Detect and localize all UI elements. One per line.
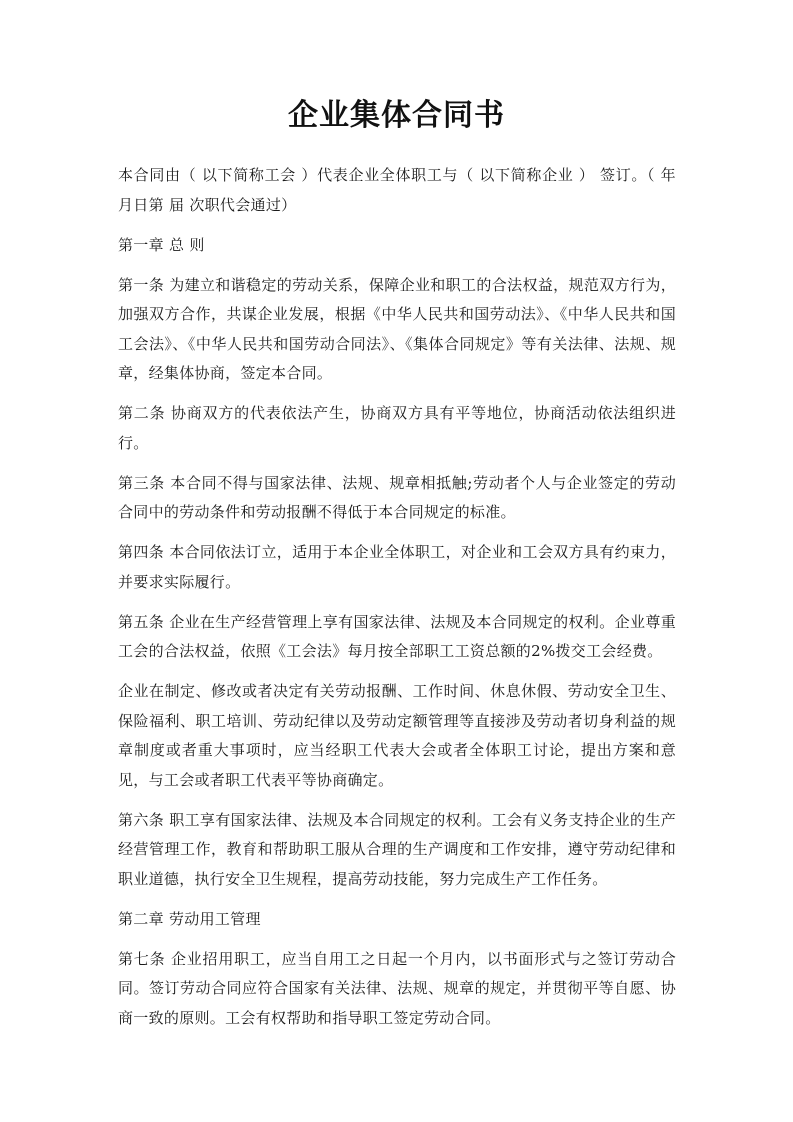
chapter-2-heading: 第二章 劳动用工管理 <box>118 905 676 935</box>
article-3-paragraph: 第三条 本合同不得与国家法律、法规、规章相抵触;劳动者个人与企业签定的劳动合同中… <box>118 469 676 528</box>
article-7-paragraph: 第七条 企业招用职工，应当自用工之日起一个月内，以书面形式与之签订劳动合同。签订… <box>118 945 676 1034</box>
preamble-paragraph: 本合同由（ 以下简称工会 ）代表企业全体职工与（ 以下简称企业 ） 签订。（ 年… <box>118 161 676 220</box>
article-4-paragraph: 第四条 本合同依法订立，适用于本企业全体职工，对企业和工会双方具有约束力，并要求… <box>118 538 676 597</box>
document-title: 企业集体合同书 <box>0 96 793 136</box>
chapter-1-heading: 第一章 总 则 <box>118 231 676 261</box>
article-2-paragraph: 第二条 协商双方的代表依法产生，协商双方具有平等地位，协商活动依法组织进行。 <box>118 399 676 458</box>
article-6-paragraph: 第六条 职工享有国家法律、法规及本合同规定的权利。工会有义务支持企业的生产经营管… <box>118 806 676 895</box>
article-5-continuation-paragraph: 企业在制定、修改或者决定有关劳动报酬、工作时间、休息休假、劳动安全卫生、保险福利… <box>118 677 676 795</box>
article-5-paragraph: 第五条 企业在生产经营管理上享有国家法律、法规及本合同规定的权利。企业尊重工会的… <box>118 608 676 667</box>
document-page: 企业集体合同书 本合同由（ 以下简称工会 ）代表企业全体职工与（ 以下简称企业 … <box>0 0 793 1122</box>
document-body: 本合同由（ 以下简称工会 ）代表企业全体职工与（ 以下简称企业 ） 签订。（ 年… <box>118 161 676 1044</box>
article-1-paragraph: 第一条 为建立和谐稳定的劳动关系，保障企业和职工的合法权益，规范双方行为，加强双… <box>118 271 676 389</box>
